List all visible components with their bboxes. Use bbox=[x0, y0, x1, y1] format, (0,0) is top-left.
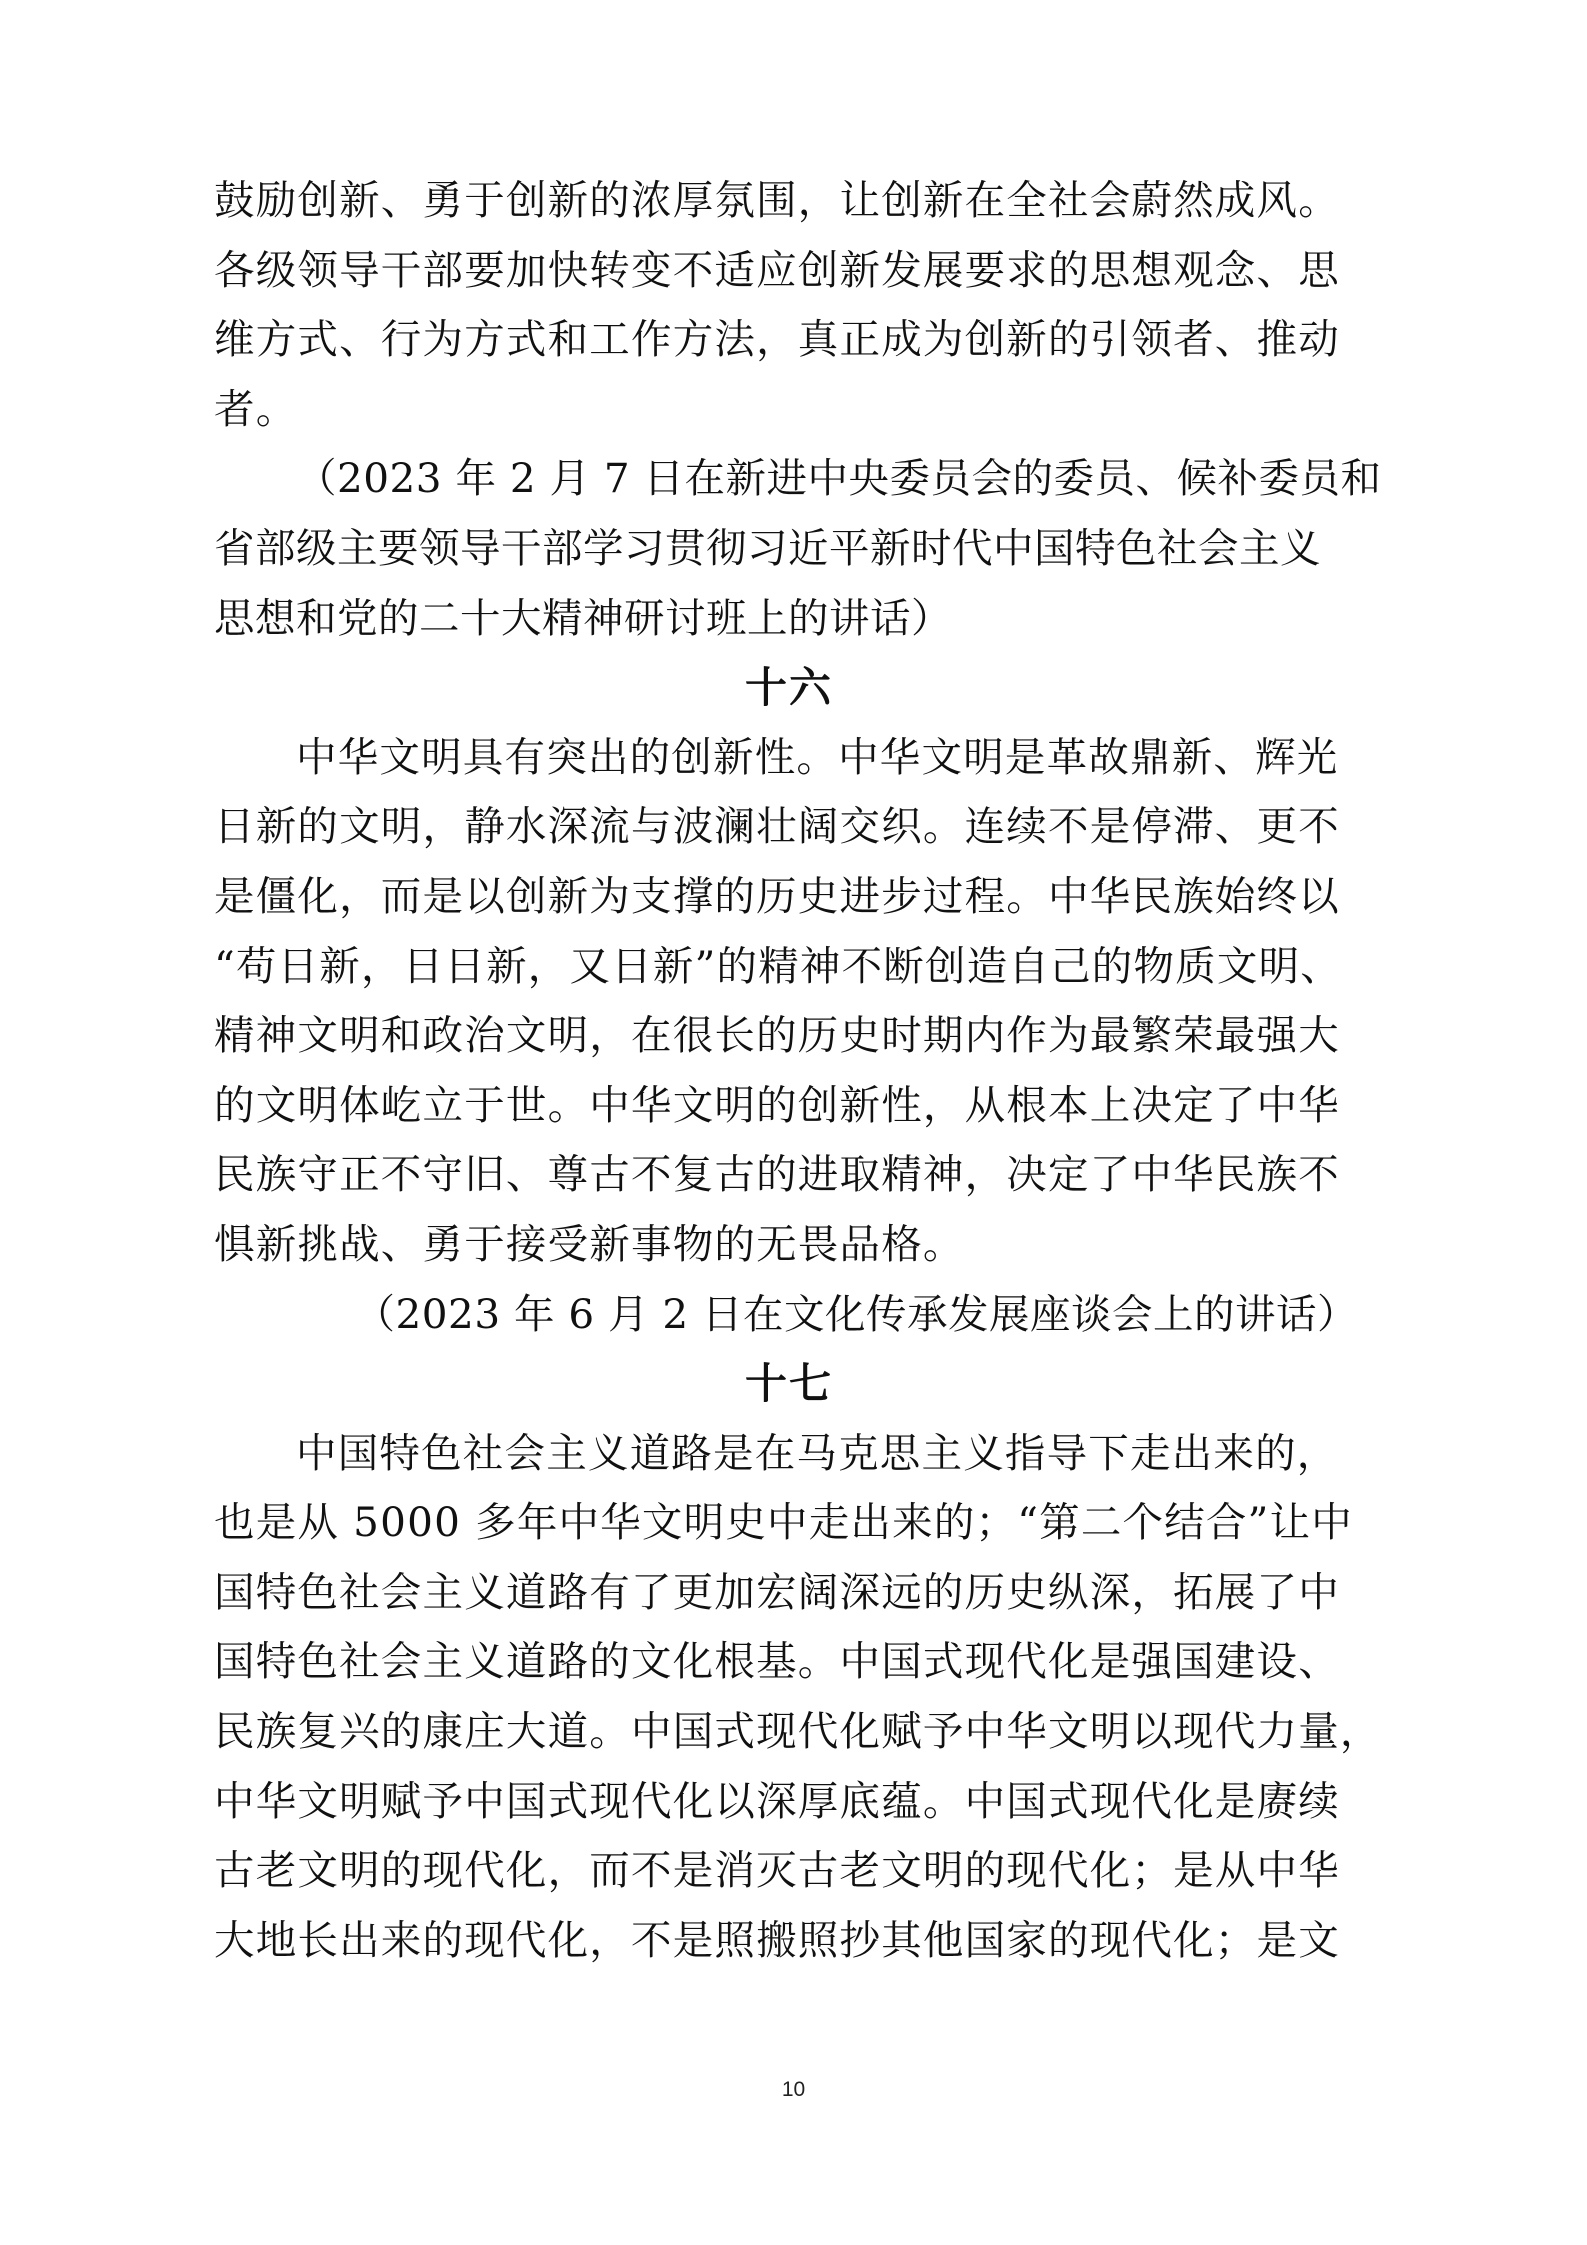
paragraph-line: 惧新挑战、勇于接受新事物的无畏品格。 bbox=[214, 1210, 1384, 1280]
source-citation: （2023 年 2 月 7 日在新进中央委员会的委员、候补委员和 省部级主要领导… bbox=[214, 444, 1384, 653]
source-citation: （2023 年 6 月 2 日在文化传承发展座谈会上的讲话） bbox=[214, 1280, 1384, 1350]
paragraph-line: 古老文明的现代化，而不是消灭古老文明的现代化；是从中华 bbox=[214, 1836, 1384, 1906]
paragraph-line: “苟日新，日日新，又日新”的精神不断创造自己的物质文明、 bbox=[214, 932, 1384, 1002]
paragraph-line: 国特色社会主义道路有了更加宏阔深远的历史纵深，拓展了中 bbox=[214, 1558, 1384, 1628]
paragraph-line: 者。 bbox=[214, 375, 1384, 445]
paragraph-line: 是僵化，而是以创新为支撑的历史进步过程。中华民族始终以 bbox=[214, 862, 1384, 932]
paragraph-line: 的文明体屹立于世。中华文明的创新性，从根本上决定了中华 bbox=[214, 1071, 1384, 1141]
paragraph-line: 日新的文明，静水深流与波澜壮阔交织。连续不是停滞、更不 bbox=[214, 792, 1384, 862]
paragraph-line: 中华文明具有突出的创新性。中华文明是革故鼎新、辉光 bbox=[214, 723, 1384, 793]
section-heading: 十六 bbox=[214, 653, 1384, 723]
page-number: 10 bbox=[0, 2078, 1587, 2102]
page-content: 鼓励创新、勇于创新的浓厚氛围，让创新在全社会蔚然成风。 各级领导干部要加快转变不… bbox=[214, 166, 1384, 1975]
paragraph-line: 精神文明和政治文明，在很长的历史时期内作为最繁荣最强大 bbox=[214, 1001, 1384, 1071]
paragraph-line: 各级领导干部要加快转变不适应创新发展要求的思想观念、思 bbox=[214, 236, 1384, 306]
paragraph-line: 国特色社会主义道路的文化根基。中国式现代化是强国建设、 bbox=[214, 1627, 1384, 1697]
section-heading: 十七 bbox=[214, 1349, 1384, 1419]
paragraph-line: 中华文明赋予中国式现代化以深厚底蕴。中国式现代化是赓续 bbox=[214, 1767, 1384, 1837]
paragraph-line: 维方式、行为方式和工作方法，真正成为创新的引领者、推动 bbox=[214, 305, 1384, 375]
section-17: 十七 中国特色社会主义道路是在马克思主义指导下走出来的， 也是从 5000 多年… bbox=[214, 1349, 1384, 1975]
document-page: 鼓励创新、勇于创新的浓厚氛围，让创新在全社会蔚然成风。 各级领导干部要加快转变不… bbox=[0, 0, 1587, 2245]
paragraph-line: 中国特色社会主义道路是在马克思主义指导下走出来的， bbox=[214, 1419, 1384, 1489]
section-15-tail: 鼓励创新、勇于创新的浓厚氛围，让创新在全社会蔚然成风。 各级领导干部要加快转变不… bbox=[214, 166, 1384, 653]
paragraph-line: 鼓励创新、勇于创新的浓厚氛围，让创新在全社会蔚然成风。 bbox=[214, 166, 1384, 236]
citation-line: 省部级主要领导干部学习贯彻习近平新时代中国特色社会主义 bbox=[214, 514, 1384, 584]
citation-line: （2023 年 2 月 7 日在新进中央委员会的委员、候补委员和 bbox=[214, 444, 1384, 514]
paragraph-line: 也是从 5000 多年中华文明史中走出来的；“第二个结合”让中 bbox=[214, 1488, 1384, 1558]
paragraph-line: 民族复兴的康庄大道。中国式现代化赋予中华文明以现代力量， bbox=[214, 1697, 1384, 1767]
paragraph-line: 民族守正不守旧、尊古不复古的进取精神，决定了中华民族不 bbox=[214, 1140, 1384, 1210]
paragraph-line: 大地长出来的现代化，不是照搬照抄其他国家的现代化；是文 bbox=[214, 1906, 1384, 1976]
citation-line: 思想和党的二十大精神研讨班上的讲话） bbox=[214, 584, 1384, 654]
section-16: 十六 中华文明具有突出的创新性。中华文明是革故鼎新、辉光 日新的文明，静水深流与… bbox=[214, 653, 1384, 1349]
